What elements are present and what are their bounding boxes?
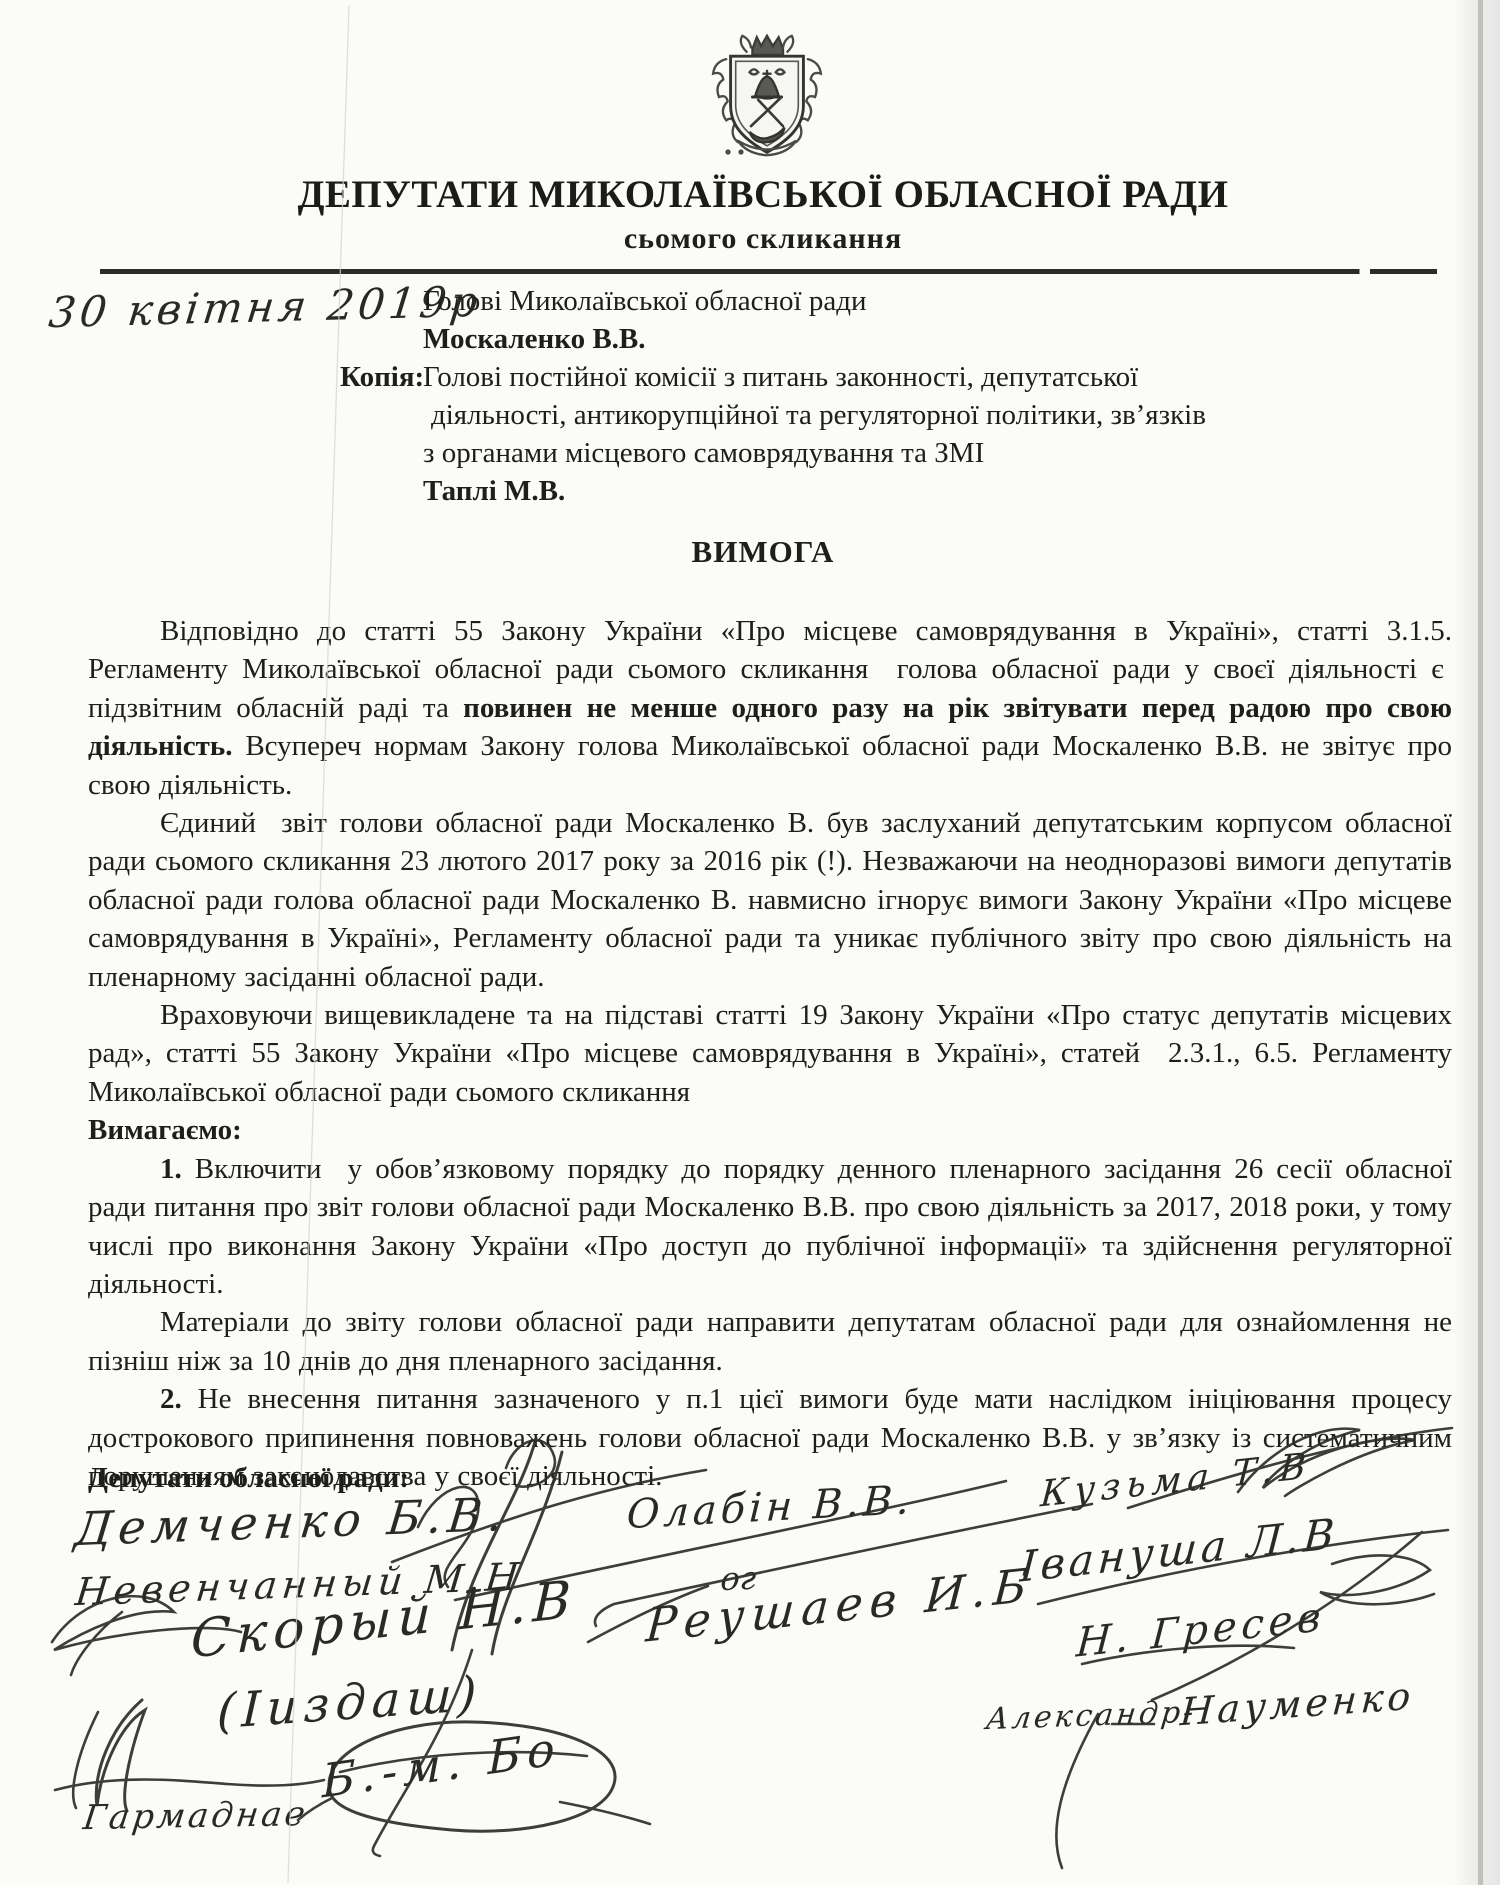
flourish-left-underline — [55, 1780, 324, 1791]
flourish-left-3 — [96, 1700, 145, 1811]
item1-number: 1. — [160, 1153, 182, 1185]
document-title: ВИМОГА — [0, 534, 1500, 570]
signature-gresev: Н. Гресев — [1075, 1594, 1327, 1667]
addressee-to: Голові Миколаївської обласної ради — [423, 282, 867, 320]
addressee-label-empty — [340, 282, 423, 320]
demand-heading: Вимагаємо: — [88, 1111, 1452, 1149]
addressee-row: Голові Миколаївської обласної ради — [340, 282, 1206, 320]
demand-item-1: 1. Включити у обов’язковому порядку до п… — [88, 1150, 1452, 1304]
addressee-label-empty — [340, 434, 423, 472]
scanned-letter-page: ДЕПУТАТИ МИКОЛАЇВСЬКОЇ ОБЛАСНОЇ РАДИ сьо… — [0, 0, 1500, 1885]
copy-line-1: Голові постійної комісії з питань законн… — [423, 358, 1138, 396]
item1-text: Включити у обов’язковому порядку до поря… — [88, 1153, 1452, 1300]
copy-name: Таплі М.В. — [423, 472, 565, 510]
addressee-block: Голові Миколаївської обласної ради Моска… — [340, 282, 1206, 510]
scan-edge-line — [1478, 0, 1483, 1885]
addressee-label-empty — [340, 396, 423, 434]
addressee-row: діяльності, антикорупційної та регулятор… — [340, 396, 1206, 434]
flourish-ellipse-tail-r — [560, 1802, 650, 1824]
flourish-naumenko-tail — [1056, 1714, 1098, 1868]
convocation-subtitle: сьомого скликання — [0, 222, 1500, 256]
addressee-row: Москаленко В.В. — [340, 320, 1206, 358]
copy-line-3: з органами місцевого самоврядування та З… — [423, 434, 984, 472]
signature-bmbo: Б.-м. Бо — [322, 1720, 561, 1808]
addressee-to-name: Москаленко В.В. — [423, 320, 646, 358]
signature-aleksandr: Александр- — [984, 1695, 1198, 1737]
org-title: ДЕПУТАТИ МИКОЛАЇВСЬКОЇ ОБЛАСНОЇ РАДИ — [0, 172, 1500, 217]
flourish-left-2 — [71, 1612, 122, 1675]
paragraph-2: Єдиний звіт голови обласної ради Москале… — [88, 804, 1452, 996]
signature-demchenko: Демченко Б.В. — [72, 1487, 511, 1556]
signature-garmadnae: Гармаднае — [81, 1794, 310, 1838]
copy-line-2: діяльності, антикорупційної та регулятор… — [423, 396, 1206, 434]
signature-naumenko: Науменко — [1179, 1674, 1416, 1735]
flourish-left-4 — [73, 1712, 98, 1808]
addressee-row: з органами місцевого самоврядування та З… — [340, 434, 1206, 472]
p1-text-end: Всупереч нормам Закону голова Миколаївсь… — [88, 730, 1452, 800]
flourish-ivanusha-2 — [1320, 1555, 1434, 1604]
copy-label: Копія: — [340, 358, 423, 396]
addressee-label-empty — [340, 472, 423, 510]
addressee-label-empty — [340, 320, 423, 358]
signature-ivanusha: Івануша Л.В — [1019, 1509, 1340, 1592]
paragraph-3: Враховуючи вищевикладене та на підставі … — [88, 996, 1452, 1111]
document-body: Відповідно до статті 55 Закону України «… — [88, 612, 1452, 1495]
addressee-row: Таплі М.В. — [340, 472, 1206, 510]
paragraph-1: Відповідно до статті 55 Закону України «… — [88, 612, 1452, 804]
item2-number: 2. — [160, 1383, 182, 1415]
scan-edge-shadow — [1454, 0, 1500, 1885]
header-rule — [100, 269, 1437, 274]
paragraph-materials: Матеріали до звіту голови обласної ради … — [88, 1303, 1452, 1380]
signatures-heading: Депутати обласної ради: — [88, 1462, 409, 1495]
signature-reushaev: Реушаев И.Б — [644, 1557, 1036, 1652]
mykolaiv-oblast-coat-of-arms-icon — [693, 30, 841, 164]
addressee-row: Копія: Голові постійної комісії з питань… — [340, 358, 1206, 396]
signature-izdash: (Іиздаш) — [216, 1665, 483, 1740]
